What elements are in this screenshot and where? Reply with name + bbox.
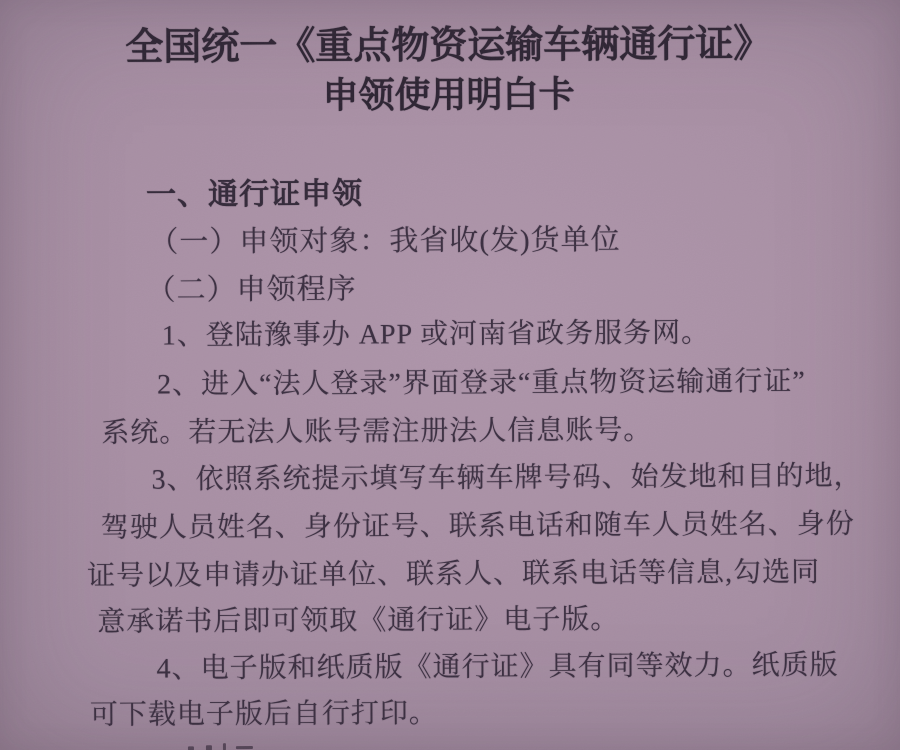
step-2-line-1: 2、进入“法人登录”界面登录“重点物资运输通行证”: [157, 368, 806, 399]
step-3-line-4: 意承诺书后即可领取《通行证》电子版。: [97, 606, 619, 637]
cutoff-line-fragment: [188, 746, 194, 750]
printed-page: 全国统一《重点物资运输车辆通行证》 申领使用明白卡 一、通行证申领 （一）申领对…: [0, 0, 900, 750]
step-3-line-2: 驾驶人员姓名、身份证号、联系电话和随车人员姓名、身份: [101, 511, 855, 543]
step-4-line-2: 可下载电子版后自行打印。: [90, 700, 438, 730]
step-4-line-1: 4、电子版和纸质版《通行证》具有同等效力。纸质版: [156, 652, 838, 684]
doc-title-line-2: 申领使用明白卡: [0, 75, 899, 116]
step-2-line-2: 系统。若无法人账号需注册法人信息账号。: [101, 417, 652, 448]
step-3-line-3: 证号以及申请办证单位、联系人、联系电话等信息,勾选同: [87, 559, 820, 591]
section-heading-pass-application: 一、通行证申领: [146, 179, 363, 210]
item-application-procedure: （二）申领程序: [146, 275, 356, 305]
cutoff-line-fragment: [223, 743, 226, 750]
doc-title-line-1: 全国统一《重点物资运输车辆通行证》: [0, 25, 898, 68]
item-application-target: （一）申领对象：我省收(发)货单位: [149, 226, 620, 257]
step-3-line-1: 3、依照系统提示填写车辆车牌号码、始发地和目的地，: [151, 463, 862, 495]
cutoff-line-fragment: [236, 746, 253, 749]
cutoff-line-fragment: [206, 745, 212, 750]
document-photo: 全国统一《重点物资运输车辆通行证》 申领使用明白卡 一、通行证申领 （一）申领对…: [0, 0, 900, 750]
step-1-line: 1、登陆豫事办 APP 或河南省政务服务网。: [162, 320, 710, 351]
